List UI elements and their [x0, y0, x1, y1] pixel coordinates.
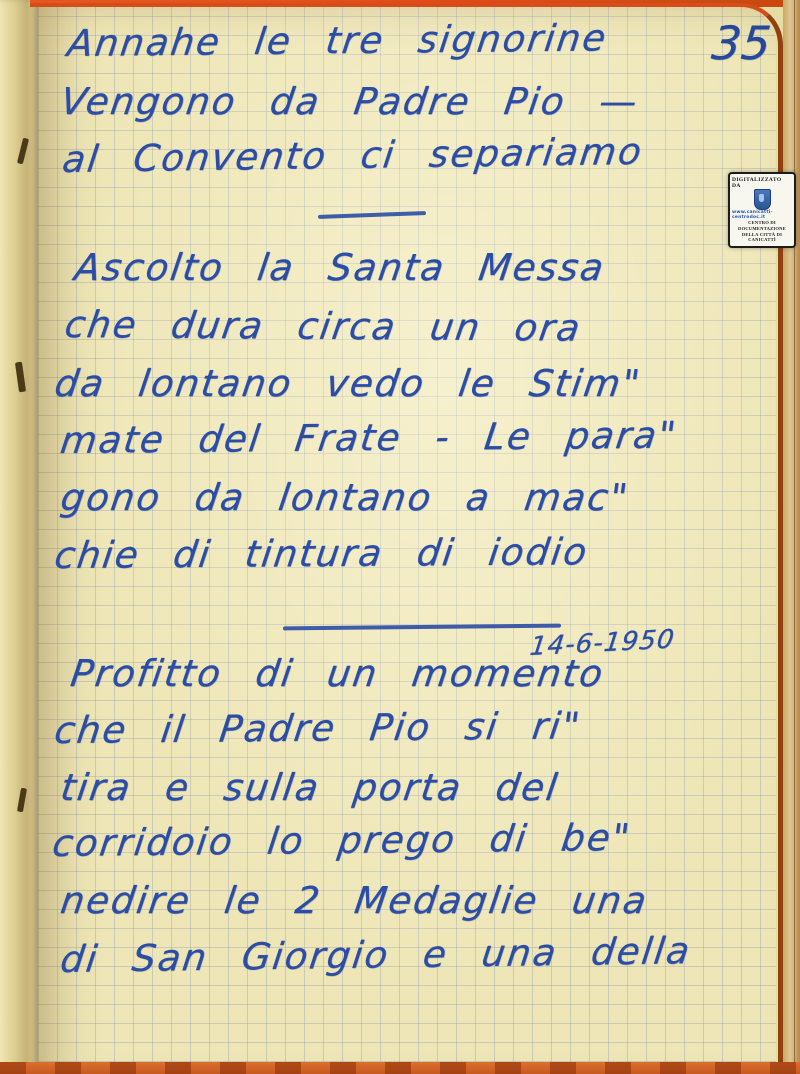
- handwriting-line: di San Giorgio e una della: [58, 929, 694, 981]
- handwriting-line: al Convento ci separiamo: [60, 130, 646, 181]
- stamp-org-line2: DELLA CITTÀ DI CANICATTÌ: [732, 232, 792, 243]
- page-edge-stack: [783, 0, 800, 1074]
- binding-stitch-mark: [15, 362, 26, 393]
- stamp-title: DIGITALIZZATO DA: [732, 177, 792, 189]
- stamp-shield-icon: [754, 189, 771, 210]
- handwriting-line: Profitto di un momento: [68, 652, 607, 695]
- handwriting-line: da lontano vedo le Stim": [52, 362, 644, 405]
- handwriting-line: Ascolto la Santa Messa: [72, 246, 608, 289]
- page-number: 35: [709, 16, 773, 70]
- handwriting-line: corridoio lo prego di be": [50, 816, 634, 865]
- handwriting-line: mate del Frate - Le para": [58, 414, 680, 462]
- binding-stitch-mark: [17, 788, 27, 813]
- cover-edge-bottom: [0, 1062, 800, 1074]
- cover-edge-top: [30, 0, 790, 7]
- handwriting-line: chie di tintura di iodio: [52, 530, 591, 577]
- notebook-page-scan: 35 Annahe le tre signorine Vengono da Pa…: [0, 0, 800, 1074]
- binding-stitch-mark: [17, 138, 29, 165]
- handwriting-line: tira e sulla porta del: [58, 766, 562, 809]
- handwriting-line: che dura circa un ora: [62, 303, 585, 350]
- stamp-org-line1: CENTRO DI DOCUMENTAZIONE: [732, 220, 792, 231]
- notebook-binding: [0, 0, 38, 1074]
- handwriting-line: gono da lontano a mac": [58, 476, 632, 519]
- handwriting-line: Annahe le tre signorine: [65, 16, 610, 65]
- digitization-stamp: DIGITALIZZATO DA www.canicatti-centrodoc…: [728, 172, 796, 248]
- handwriting-line: che il Padre Pio si ri": [52, 704, 584, 752]
- handwriting-line: Vengono da Padre Pio —: [58, 80, 641, 123]
- stamp-url: www.canicatti-centrodoc.it: [732, 210, 792, 220]
- handwriting-line: nedire le 2 Medaglie una: [58, 879, 651, 922]
